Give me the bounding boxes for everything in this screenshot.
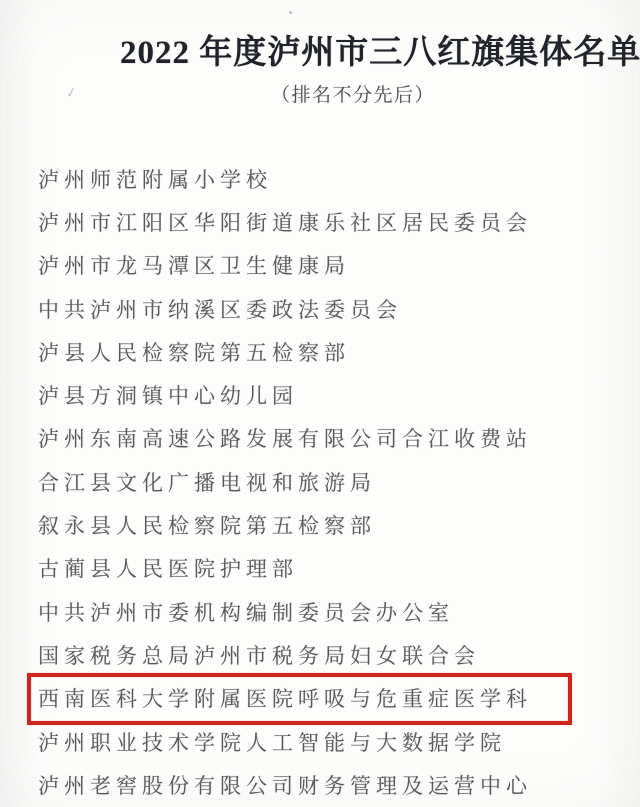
document-photo: ✓ 2022 年度泸州市三八红旗集体名单 （排名不分先后） 泸州师范附属小学校泸…: [0, 0, 640, 807]
photo-speck: [289, 11, 292, 14]
page-subtitle: （排名不分先后）: [271, 80, 435, 107]
list-item: 古蔺县人民医院护理部: [38, 547, 608, 590]
organization-name: 国家税务总局泸州市税务局妇女联合会: [38, 640, 480, 670]
list-item: 合江县文化广播电视和旅游局: [38, 460, 608, 503]
organization-name: 中共泸州市纳溪区委政法委员会: [38, 294, 402, 324]
organization-name: 泸州师范附属小学校: [38, 164, 272, 194]
organization-name: 泸州市龙马潭区卫生健康局: [38, 250, 350, 280]
organization-name: 西南医科大学附属医院呼吸与危重症医学科: [38, 683, 532, 713]
list-item: 泸州老窖股份有限公司财务管理及运营中心: [38, 763, 608, 806]
list-item: 中共泸州市委机构编制委员会办公室: [38, 590, 608, 633]
list-item: 西南医科大学附属医院呼吸与危重症医学科: [38, 677, 608, 720]
organization-name: 中共泸州市委机构编制委员会办公室: [38, 597, 454, 627]
organization-name: 泸州东南高速公路发展有限公司合江收费站: [38, 423, 532, 453]
list-item: 泸州师范附属小学校: [38, 157, 608, 200]
organization-name: 泸州职业技术学院人工智能与大数据学院: [38, 727, 506, 757]
list-item: 泸县方洞镇中心幼儿园: [38, 373, 608, 416]
page-title: 2022 年度泸州市三八红旗集体名单: [120, 26, 640, 73]
pencil-mark: ✓: [65, 85, 79, 102]
list-item: 泸州市龙马潭区卫生健康局: [38, 244, 608, 287]
list-item: 泸州市江阳区华阳街道康乐社区居民委员会: [38, 200, 608, 243]
organization-name: 古蔺县人民医院护理部: [38, 553, 298, 583]
list-item: 泸州职业技术学院人工智能与大数据学院: [38, 720, 608, 763]
award-list: 泸州师范附属小学校泸州市江阳区华阳街道康乐社区居民委员会泸州市龙马潭区卫生健康局…: [38, 157, 608, 806]
list-item: 泸县人民检察院第五检察部: [38, 330, 608, 373]
list-item: 国家税务总局泸州市税务局妇女联合会: [38, 633, 608, 676]
organization-name: 合江县文化广播电视和旅游局: [38, 467, 376, 497]
organization-name: 泸州老窖股份有限公司财务管理及运营中心: [38, 770, 532, 800]
organization-name: 叙永县人民检察院第五检察部: [38, 510, 376, 540]
organization-name: 泸县方洞镇中心幼儿园: [38, 380, 298, 410]
list-item: 叙永县人民检察院第五检察部: [38, 503, 608, 546]
list-item: 泸州东南高速公路发展有限公司合江收费站: [38, 417, 608, 460]
organization-name: 泸州市江阳区华阳街道康乐社区居民委员会: [38, 207, 532, 237]
organization-name: 泸县人民检察院第五检察部: [38, 337, 350, 367]
list-item: 中共泸州市纳溪区委政法委员会: [38, 287, 608, 330]
